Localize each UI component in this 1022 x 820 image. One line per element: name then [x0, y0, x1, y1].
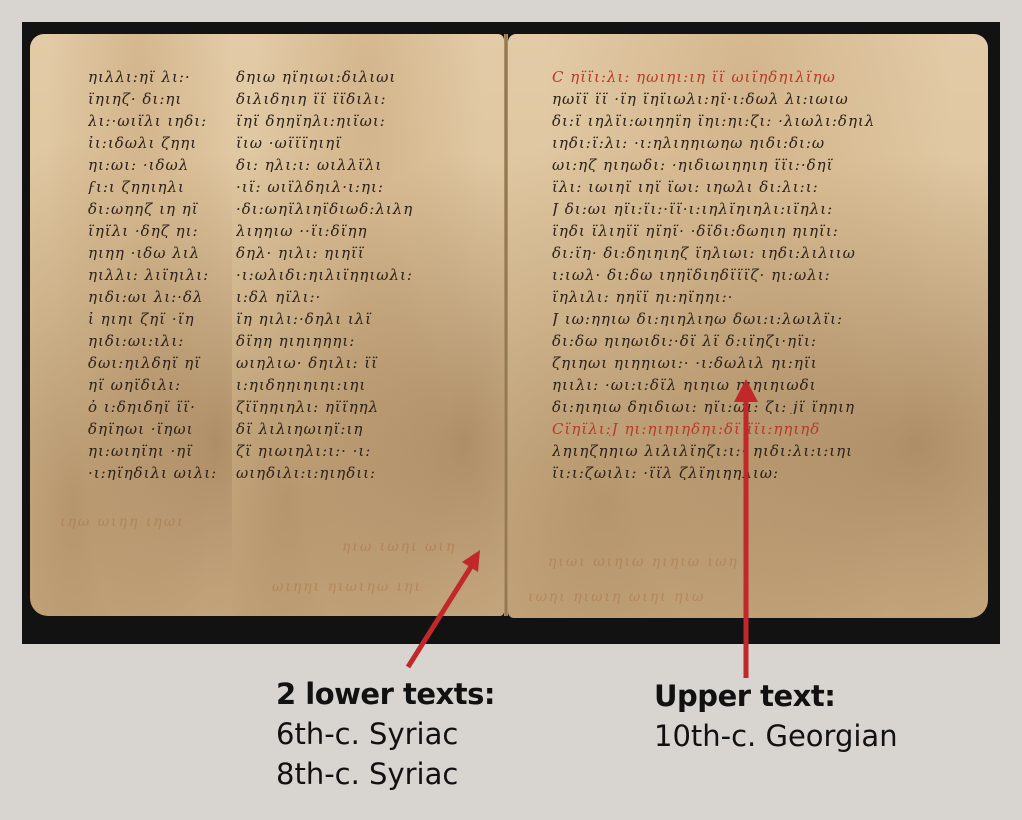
upper-text-arrow	[734, 379, 758, 678]
lower-text-2: 8th-c. Syriac	[276, 754, 495, 794]
lower-text-1: 6th-c. Syriac	[276, 714, 495, 754]
upper-text-1: 10th-c. Georgian	[654, 716, 898, 756]
upper-text-heading: Upper text:	[654, 676, 898, 716]
lower-texts-heading: 2 lower texts:	[276, 674, 495, 714]
upper-text-label: Upper text: 10th-c. Georgian	[654, 676, 898, 756]
lower-text-arrow	[408, 550, 480, 667]
lower-texts-label: 2 lower texts: 6th-c. Syriac 8th-c. Syri…	[276, 674, 495, 794]
